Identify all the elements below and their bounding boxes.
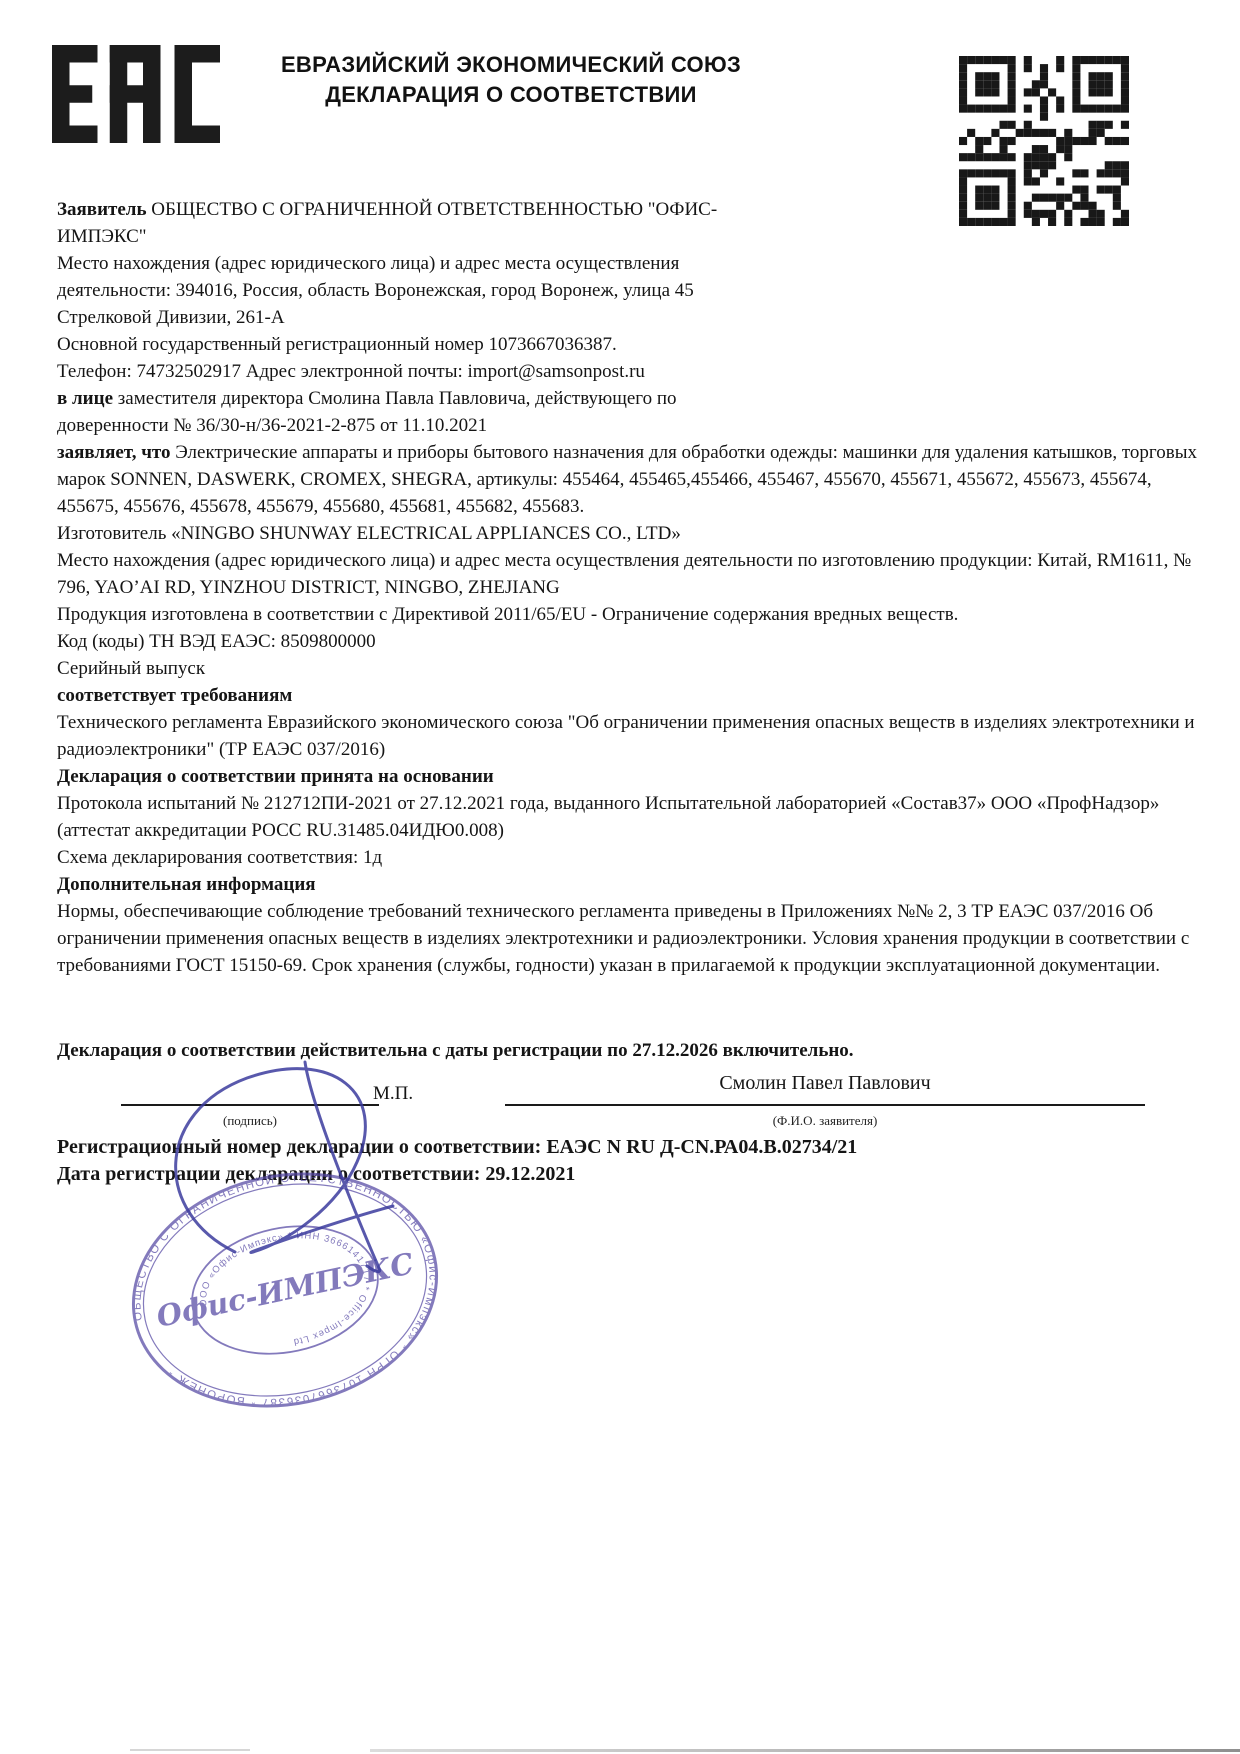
basis-text: Протокола испытаний № 212712ПИ-2021 от 2… xyxy=(57,790,1206,844)
registration-date-line: Дата регистрации декларации о соответств… xyxy=(57,1161,1206,1188)
stamp-center-text: Офис-ИМПЭКС xyxy=(154,1246,417,1334)
signatory-name-caption: (Ф.И.О. заявителя) xyxy=(505,1107,1145,1134)
declaration-document-page: ЕВРАЗИЙСКИЙ ЭКОНОМИЧЕСКИЙ СОЮЗ ДЕКЛАРАЦИ… xyxy=(0,0,1240,1754)
additional-info-text: Нормы, обеспечивающие соблюдение требова… xyxy=(57,898,1206,979)
compliance-regulation: Технического регламента Евразийского эко… xyxy=(57,709,1206,763)
document-title: ЕВРАЗИЙСКИЙ ЭКОНОМИЧЕСКИЙ СОЮЗ ДЕКЛАРАЦИ… xyxy=(228,50,794,110)
signature-area: М.П. (подпись) Смолин Павел Павлович (Ф.… xyxy=(57,1070,1206,1134)
applicant-paragraph: Заявитель ОБЩЕСТВО С ОГРАНИЧЕННОЙ ОТВЕТС… xyxy=(57,196,773,250)
manufacturer-paragraph: Изготовитель «NINGBO SHUNWAY ELECTRICAL … xyxy=(57,520,1206,547)
applicant-phone-email: Телефон: 74732502917 Адрес электронной п… xyxy=(57,358,773,385)
document-header: ЕВРАЗИЙСКИЙ ЭКОНОМИЧЕСКИЙ СОЮЗ ДЕКЛАРАЦИ… xyxy=(0,0,1240,196)
signatory-name-line xyxy=(505,1104,1145,1106)
scan-edge-artifact-small xyxy=(130,1749,250,1751)
applicant-name: ОБЩЕСТВО С ОГРАНИЧЕННОЙ ОТВЕТСТВЕННОСТЬЮ… xyxy=(57,199,717,247)
issue-type-line: Серийный выпуск xyxy=(57,655,1206,682)
manufacturer-label: Изготовитель xyxy=(57,523,166,544)
product-description: Электрические аппараты и приборы бытовог… xyxy=(57,442,1197,517)
scheme-line: Схема декларирования соответствия: 1д xyxy=(57,844,1206,871)
additional-info-heading: Дополнительная информация xyxy=(57,871,1206,898)
signature-caption: (подпись) xyxy=(175,1107,325,1134)
declared-product-paragraph: заявляет, что Электрические аппараты и п… xyxy=(57,439,1206,520)
signatory-name: Смолин Павел Павлович xyxy=(505,1070,1145,1097)
svg-text:ООО «Офис-Импэкс» * ИНН 366614: ООО «Офис-Импэкс» * ИНН 3666141717 * Off… xyxy=(187,1215,384,1365)
directive-statement: Продукция изготовлена в соответствии с Д… xyxy=(57,601,1206,628)
qr-code-icon xyxy=(956,56,1132,231)
representative-text: заместителя директора Смолина Павла Павл… xyxy=(57,388,677,436)
manufacturer-name: «NINGBO SHUNWAY ELECTRICAL APPLIANCES CO… xyxy=(171,523,681,544)
signature-line xyxy=(121,1104,379,1106)
compliance-heading: соответствует требованиям xyxy=(57,682,1206,709)
applicant-label: Заявитель xyxy=(57,199,147,220)
document-type: ДЕКЛАРАЦИЯ О СООТВЕТСТВИИ xyxy=(228,80,794,110)
eac-certification-mark-icon xyxy=(52,44,220,149)
basis-heading: Декларация о соответствии принята на осн… xyxy=(57,763,1206,790)
declares-label: заявляет, что xyxy=(57,442,171,463)
scan-edge-artifact xyxy=(370,1749,1240,1752)
stamp-place-label: М.П. xyxy=(373,1080,413,1107)
tnved-code-line: Код (коды) ТН ВЭД ЕАЭС: 8509800000 xyxy=(57,628,1206,655)
representative-paragraph: в лице заместителя директора Смолина Пав… xyxy=(57,385,773,439)
applicant-address: Место нахождения (адрес юридического лиц… xyxy=(57,250,773,331)
registration-number-line: Регистрационный номер декларации о соотв… xyxy=(57,1134,1206,1161)
union-name: ЕВРАЗИЙСКИЙ ЭКОНОМИЧЕСКИЙ СОЮЗ xyxy=(228,50,794,80)
applicant-ogrn: Основной государственный регистрационный… xyxy=(57,331,773,358)
validity-statement: Декларация о соответствии действительна … xyxy=(57,1037,1206,1064)
representative-label: в лице xyxy=(57,388,113,409)
document-body: Заявитель ОБЩЕСТВО С ОГРАНИЧЕННОЙ ОТВЕТС… xyxy=(0,196,1240,1188)
manufacturer-address: Место нахождения (адрес юридического лиц… xyxy=(57,547,1206,601)
stamp-inner-ring-text: ООО «Офис-Импэкс» * ИНН 3666141717 * Off… xyxy=(187,1215,384,1365)
